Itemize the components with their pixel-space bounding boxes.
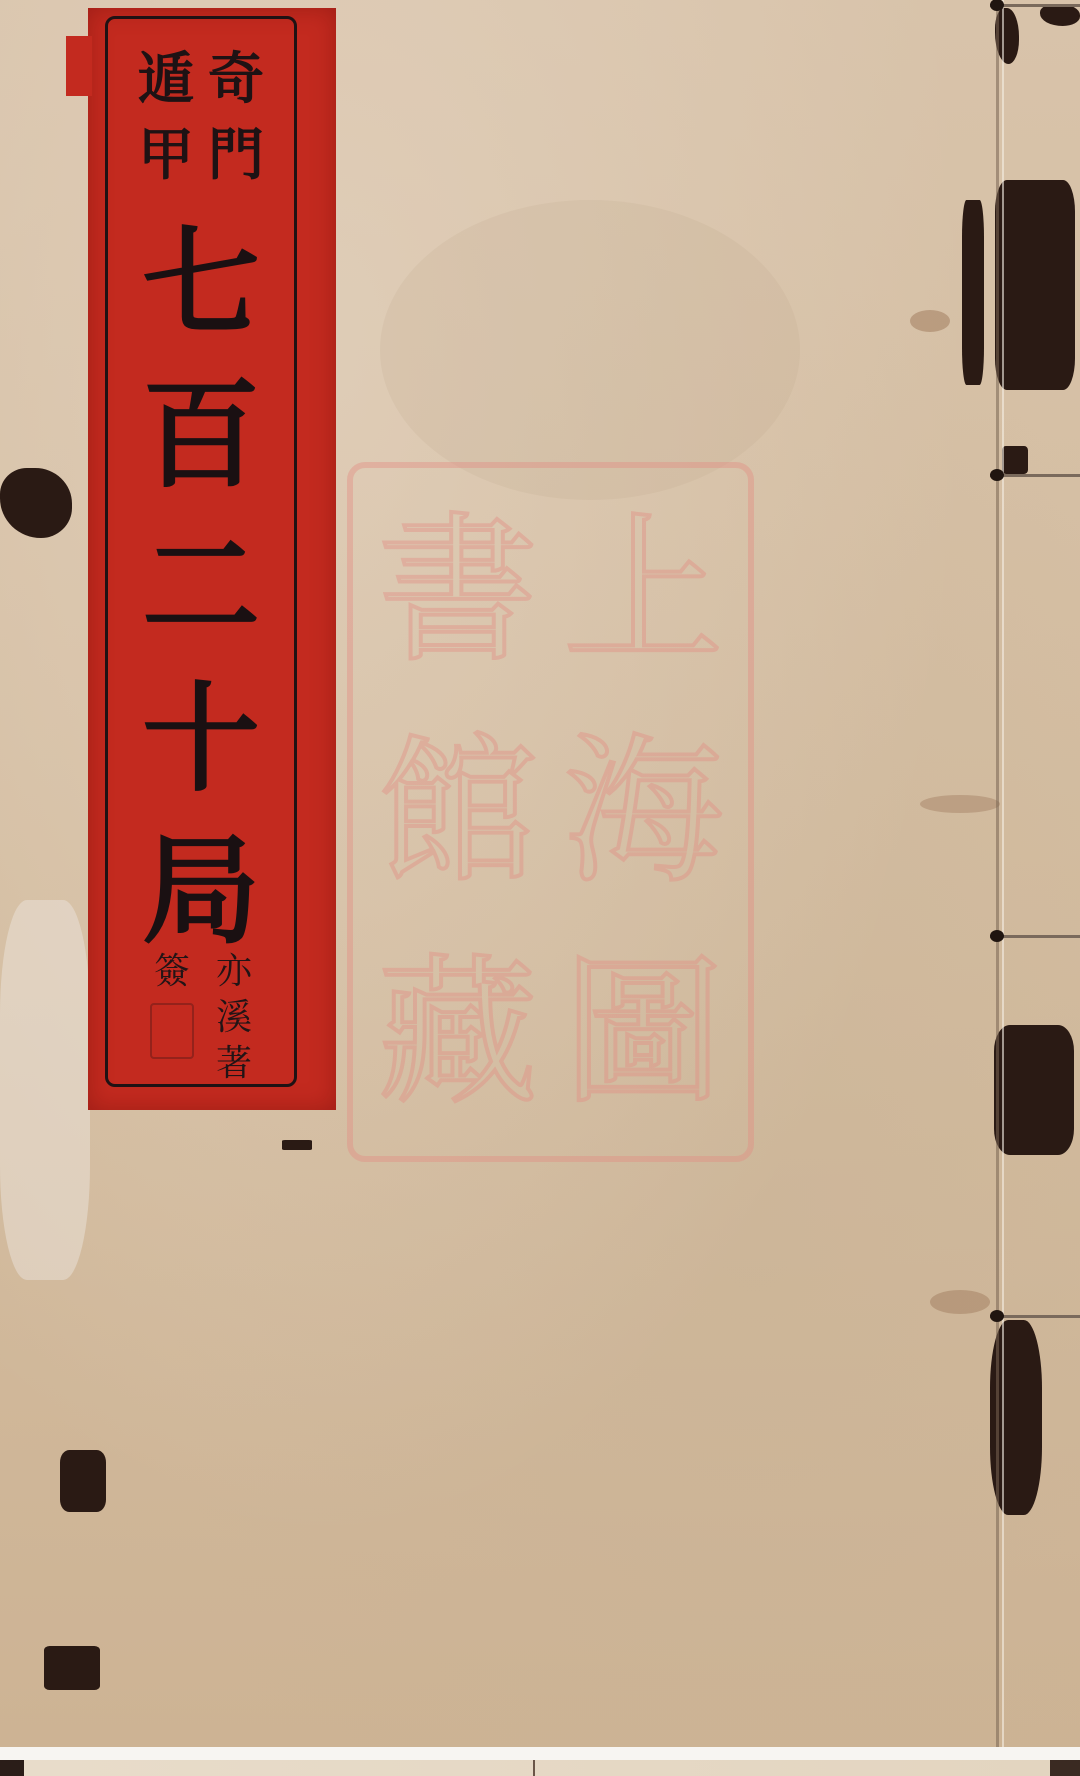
seal-char: 館 — [378, 712, 538, 912]
seal-char: 書 — [378, 491, 538, 691]
main-title: 七 百 二 十 局 — [108, 207, 294, 967]
subtitle-column-left: 遁 甲 — [138, 41, 194, 193]
stitch-knot — [990, 930, 1004, 942]
damage-patch — [1002, 446, 1028, 474]
main-title-char: 七 — [142, 207, 260, 359]
subtitle-column-right: 奇 門 — [208, 41, 264, 193]
subtitle-char: 遁 — [138, 41, 194, 117]
signature-column-left: 簽 — [150, 949, 194, 1087]
binding-stitch — [990, 4, 1080, 7]
damage-patch — [60, 1450, 106, 1512]
paper-stain — [910, 310, 950, 332]
damage-patch — [44, 1646, 100, 1690]
seal-column-right: 上 海 圖 — [551, 480, 737, 1144]
stitch-knot — [990, 1310, 1004, 1322]
book-cover-page: 上 海 圖 書 館 藏 奇 門 遁 甲 — [0, 0, 1080, 1747]
next-page-fold — [533, 1760, 535, 1776]
main-title-char: 百 — [142, 359, 260, 511]
signature-char: 簽 — [154, 949, 190, 995]
damage-patch — [995, 180, 1075, 390]
paper-stain — [920, 795, 1000, 813]
paper-stain — [930, 1290, 990, 1314]
signature-char: 溪 — [216, 995, 252, 1041]
binding-stitch — [990, 474, 1080, 477]
subtitle-char: 門 — [208, 117, 264, 193]
seal-char: 上 — [563, 491, 723, 691]
signature-char: 著 — [216, 1041, 252, 1087]
title-slip: 奇 門 遁 甲 七 百 二 十 局 亦 溪 著 — [88, 8, 336, 1110]
page-separator — [0, 1747, 1080, 1760]
subtitle-char: 甲 — [138, 117, 194, 193]
signature-column-right: 亦 溪 著 — [216, 949, 252, 1087]
title-slip-border: 奇 門 遁 甲 七 百 二 十 局 亦 溪 著 — [105, 16, 297, 1087]
binding-stitch — [990, 935, 1080, 938]
seal-column-left: 書 館 藏 — [365, 480, 551, 1144]
damage-patch — [962, 200, 984, 385]
damage-patch — [994, 1025, 1074, 1155]
damage-patch — [1040, 4, 1080, 26]
binding-stitch — [990, 1315, 1080, 1318]
subtitle-char: 奇 — [208, 41, 264, 117]
signature-char: 亦 — [216, 949, 252, 995]
subtitle: 奇 門 遁 甲 — [108, 41, 294, 193]
main-title-char: 二 — [142, 511, 260, 663]
author-signature: 亦 溪 著 簽 — [108, 949, 294, 1087]
paper-stain — [0, 900, 90, 1280]
damage-patch — [282, 1140, 312, 1150]
next-page-edge — [0, 1760, 1080, 1776]
library-ownership-seal: 上 海 圖 書 館 藏 — [347, 462, 754, 1162]
author-seal-icon — [150, 1003, 194, 1059]
seal-char: 藏 — [378, 933, 538, 1133]
main-title-char: 局 — [142, 815, 260, 967]
binding-fold-line — [996, 0, 999, 1747]
seal-char: 海 — [563, 712, 723, 912]
damage-patch — [0, 468, 72, 538]
paper-stain — [380, 200, 800, 500]
binding-fold-highlight — [1002, 0, 1004, 1747]
main-title-char: 十 — [142, 663, 260, 815]
stitch-knot — [990, 469, 1004, 481]
seal-char: 圖 — [563, 933, 723, 1133]
